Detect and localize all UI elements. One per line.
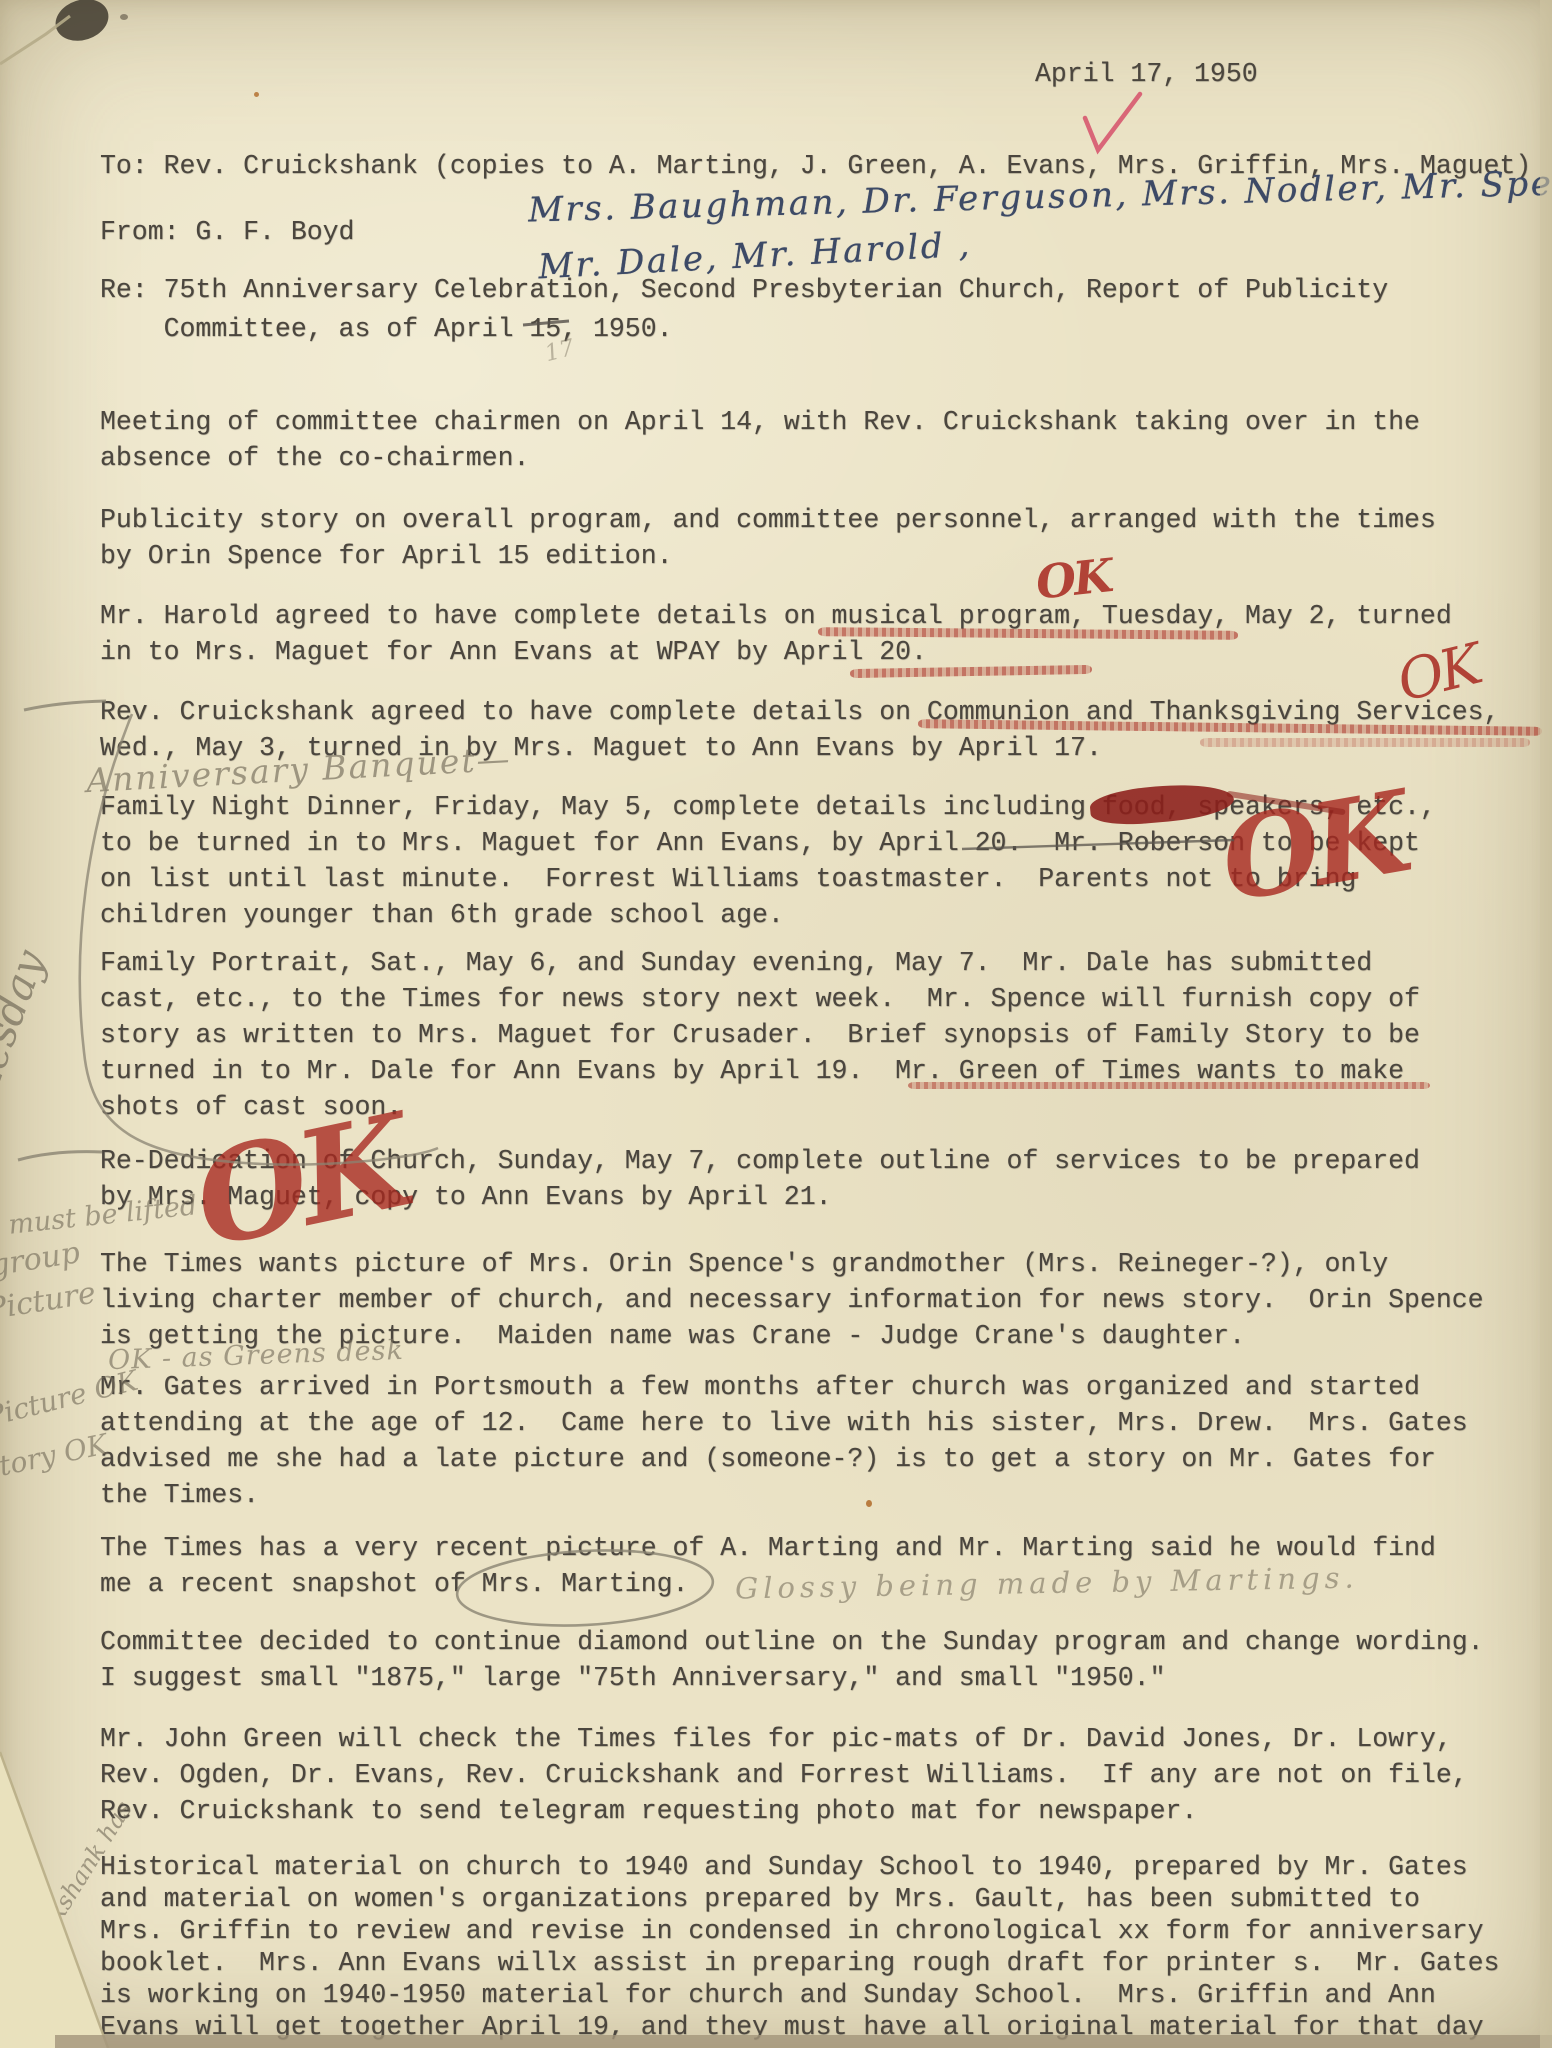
pencil-bracket-curve — [80, 714, 438, 1165]
paper-speck — [866, 1500, 872, 1507]
pencil-dash-communion — [24, 701, 106, 710]
pencil-dash-rededication — [18, 1152, 102, 1160]
bottom-scan-band — [55, 2035, 1552, 2048]
paper-speck — [254, 92, 259, 97]
red-check-mark — [1085, 94, 1140, 150]
annotation-overlay — [0, 0, 1552, 2048]
tear-line — [0, 16, 70, 64]
memo-page: April 17, 1950 To: Rev. Cruickshank (cop… — [0, 0, 1552, 2048]
right-edge-shade — [1540, 0, 1552, 2048]
pencil-strike-roberson — [962, 840, 1234, 849]
paper-speck — [120, 14, 128, 20]
pencil-circle-marting — [455, 1544, 715, 1631]
strike-april-15 — [523, 321, 569, 325]
